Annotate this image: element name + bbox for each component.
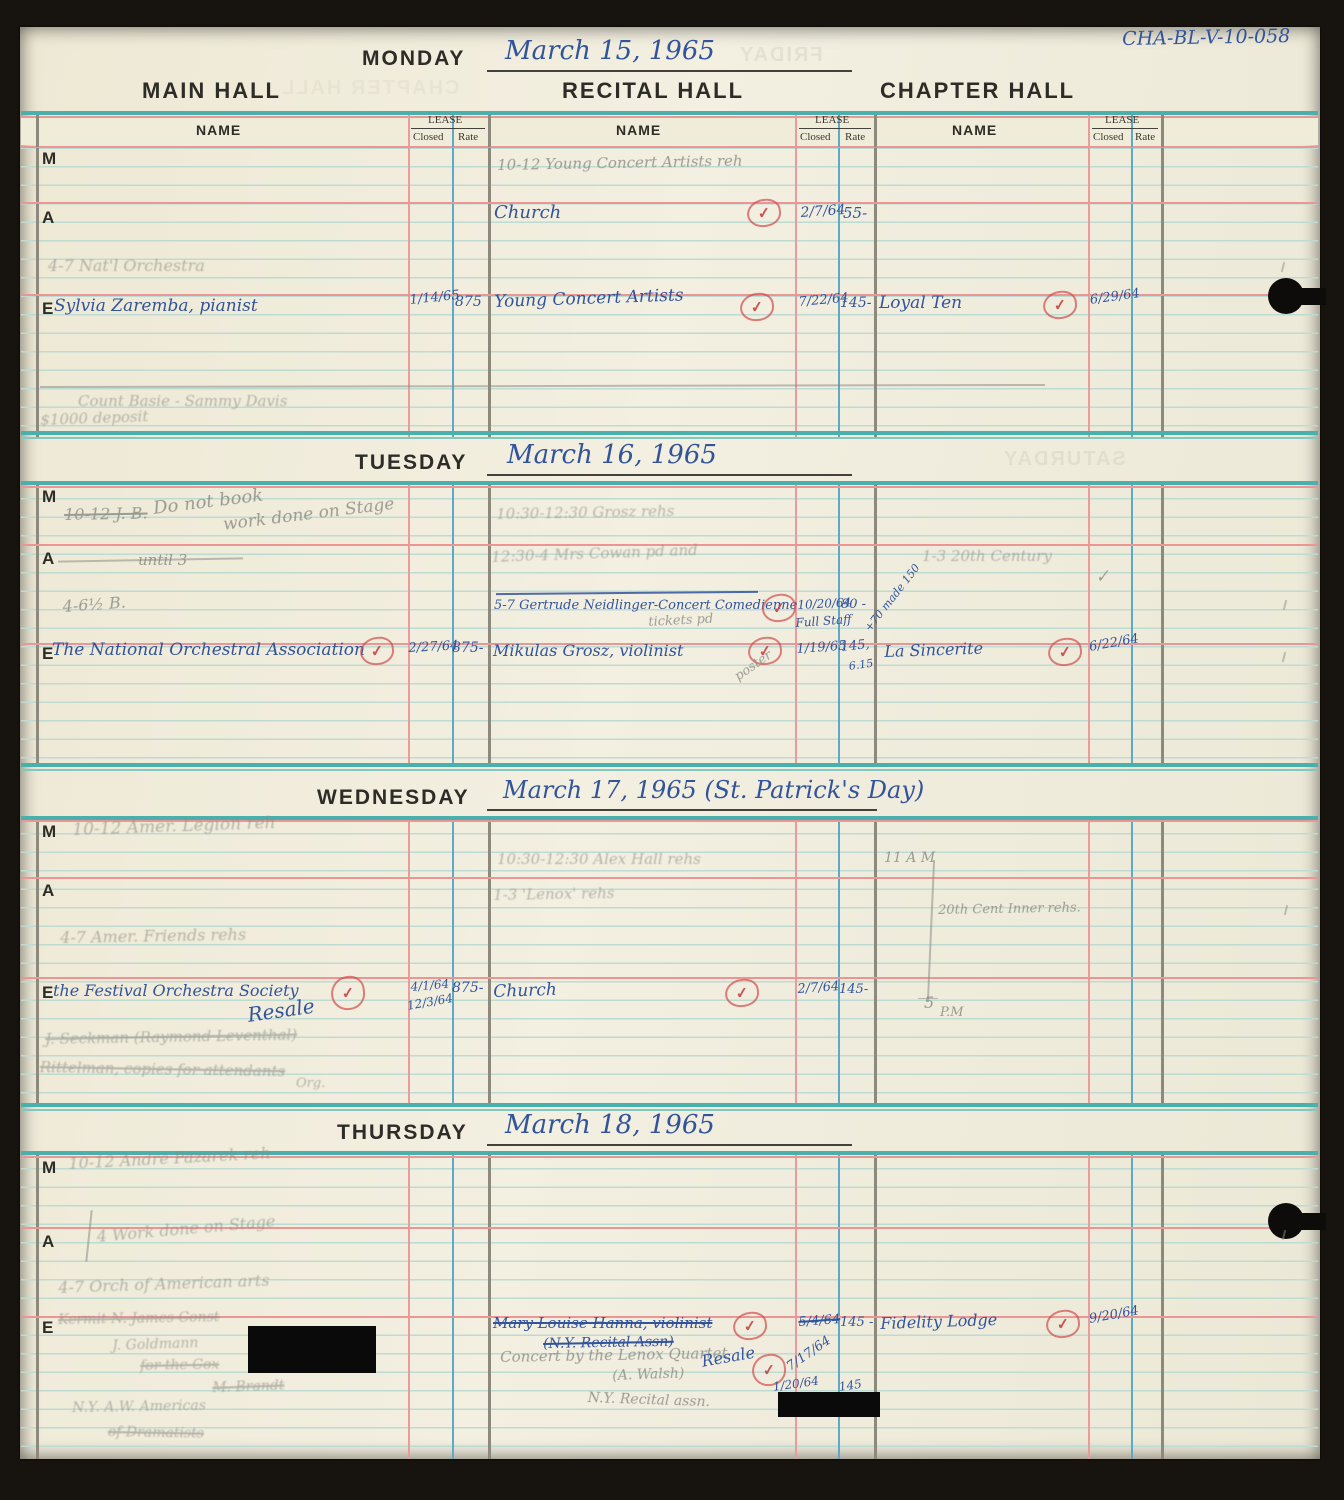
hole-punch-stub <box>1294 1213 1326 1230</box>
ruled-table-tuesday <box>21 481 1318 767</box>
ruled-table-thursday <box>21 1151 1318 1459</box>
hole-punch-stub <box>1294 288 1326 305</box>
catalog-number: CHA-BL-V-10-058 <box>1122 25 1290 50</box>
ruled-table-wednesday <box>21 816 1318 1107</box>
ruled-table-monday <box>21 112 1318 437</box>
